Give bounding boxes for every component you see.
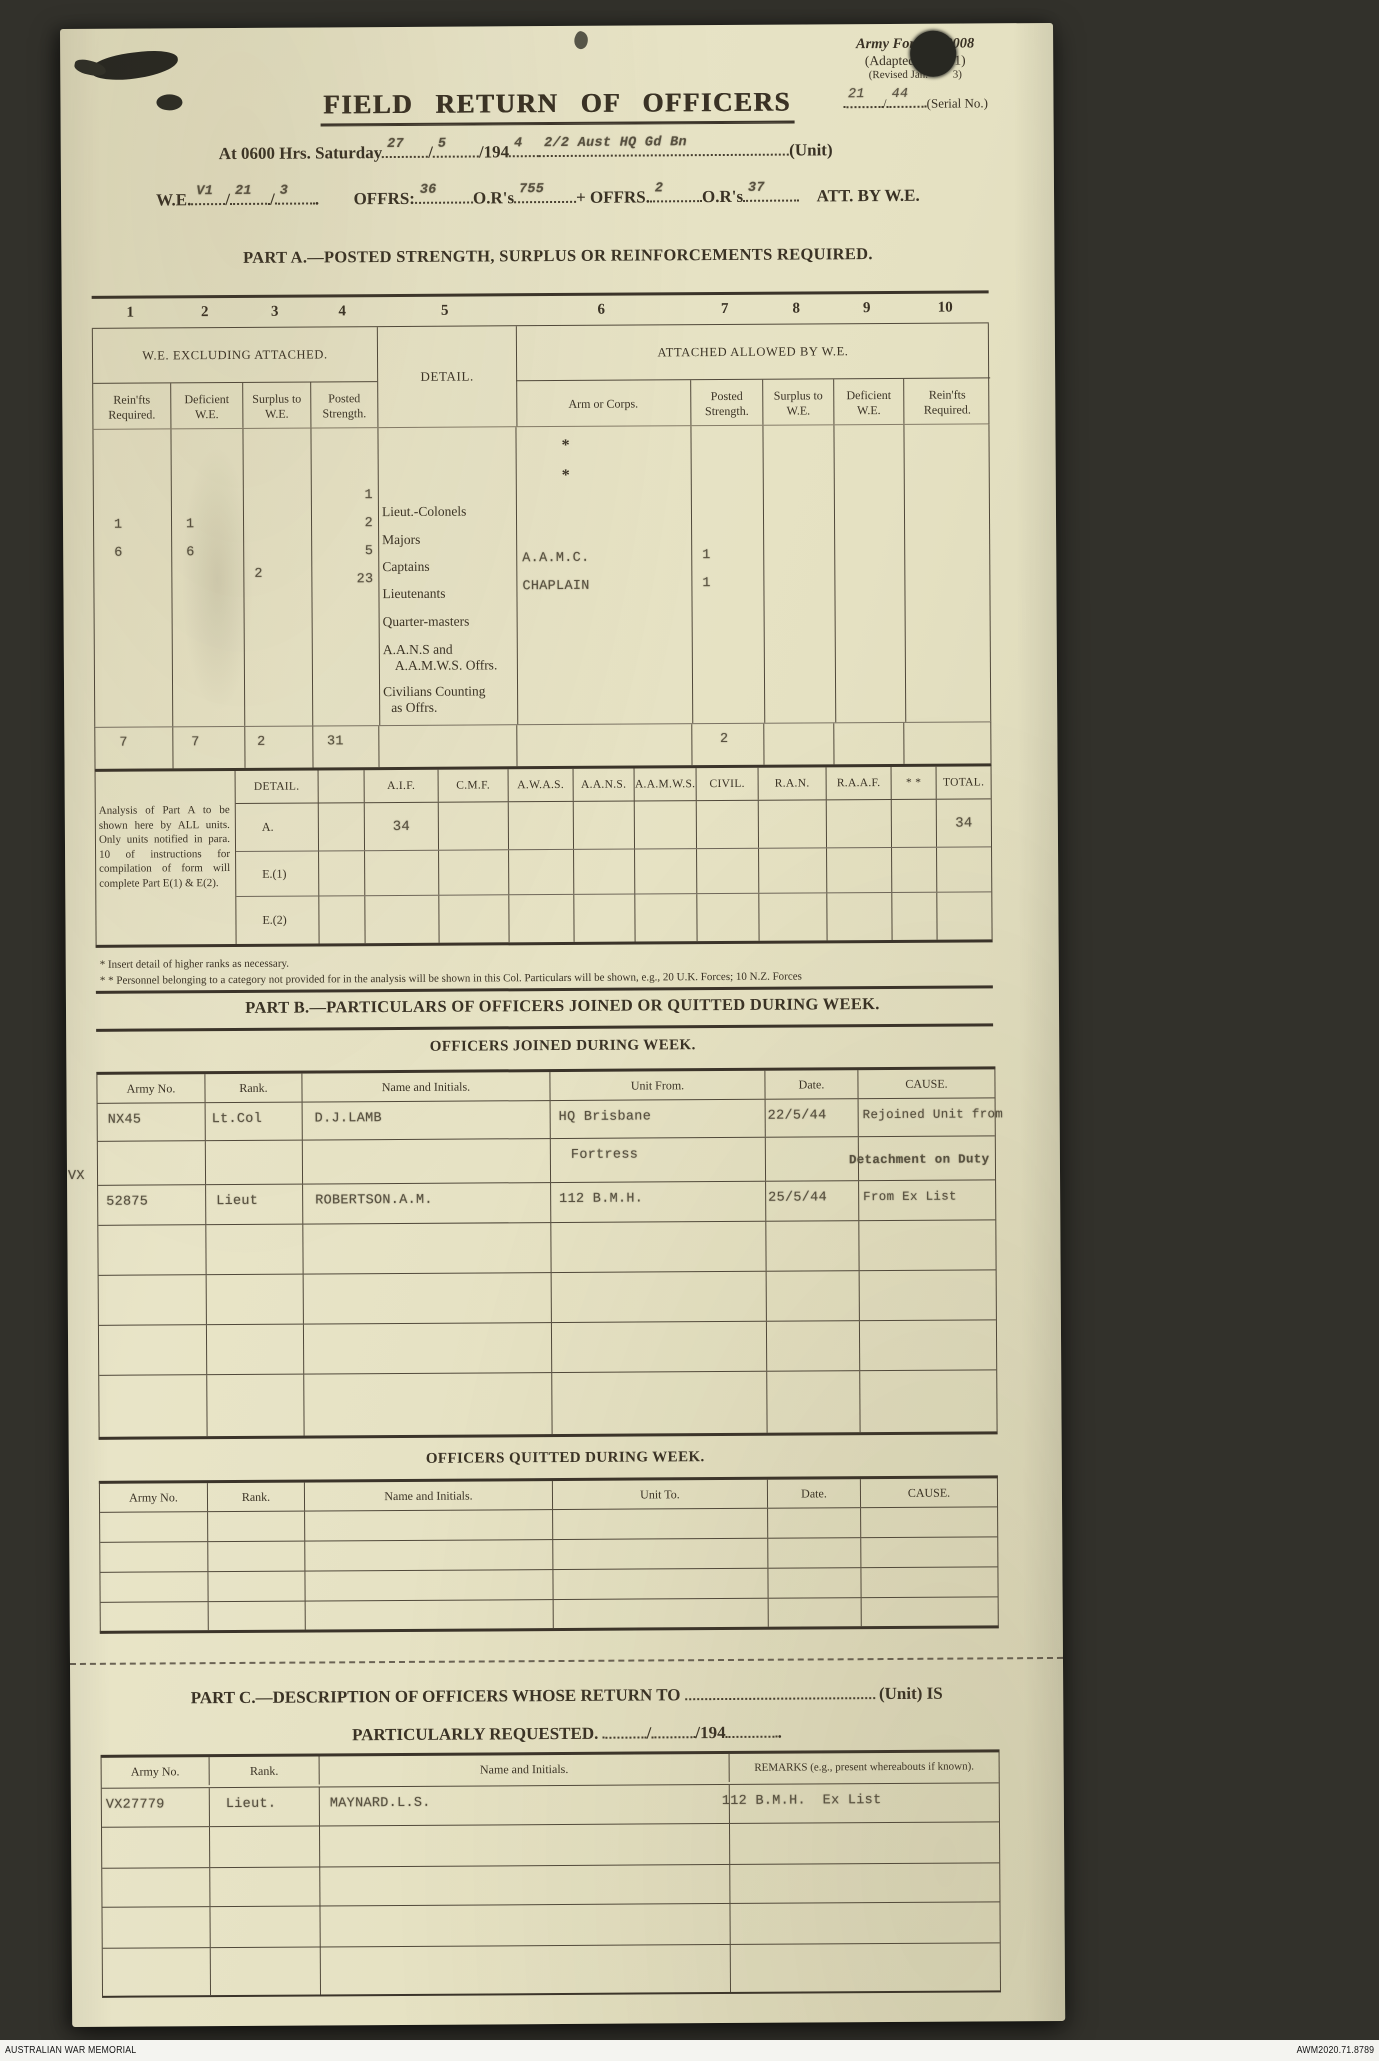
part-c-year-blank [725, 1721, 777, 1738]
part-c-empty-row [103, 1943, 1000, 1995]
detail-label-lieut-colonels: Lieut.-Colonels [382, 504, 466, 521]
analysis-col-header [318, 770, 364, 802]
typed-we-3: 3 [280, 184, 288, 199]
typed-we-2: 21 [235, 184, 252, 199]
analysis-col-header: TOTAL. [936, 766, 991, 798]
empty-cell [438, 802, 508, 849]
typed-reinfts-captains: 6 [114, 546, 122, 561]
joined-empty-row [98, 1220, 995, 1275]
empty-cell [102, 1907, 209, 1948]
we-blank-3: 3 [275, 187, 315, 204]
analysis-total-value: 34 [936, 799, 991, 846]
unit-blank: 2/2 Aust HQ Gd Bn [539, 139, 789, 158]
empty-cell [758, 893, 826, 940]
empty-cell [634, 849, 696, 893]
empty-cell [209, 1826, 319, 1867]
typed-army-no: VX27779 [106, 1797, 165, 1812]
date-year-print: /194 [479, 142, 509, 161]
empty-cell [101, 1602, 208, 1631]
joined-empty-row [99, 1370, 996, 1436]
analysis-col-header: C.M.F. [438, 769, 508, 801]
detail-label-civilians-2: as Offrs. [391, 700, 437, 716]
date-line: At 0600 Hrs. Saturday27/5/19442/2 Aust H… [219, 138, 833, 164]
col-header-unit-to: Unit To. [552, 1480, 767, 1509]
col-number: 6 [514, 295, 689, 325]
col-header-reinfts: Rein'fts Required. [93, 383, 170, 428]
col-header-surplus: Surplus to W.E. [242, 383, 310, 428]
typed-cause: From Ex List [863, 1190, 957, 1205]
typed-cause: Rejoined Unit from [863, 1107, 1004, 1122]
empty-cell [100, 1572, 207, 1602]
date-day-blank: 27 [382, 141, 428, 158]
typed-unit-from: HQ Brisbane [559, 1109, 652, 1125]
analysis-col-header: DETAIL. [236, 770, 318, 803]
col-number: 4 [309, 297, 376, 326]
empty-cell [730, 1943, 1000, 1992]
date-month-blank: 5 [433, 140, 479, 157]
typed-date: 22/5/44 [768, 1108, 827, 1123]
total-deficient: 7 [172, 727, 244, 768]
part-c-heading-line2: PARTICULARLY REQUESTED. //194. [70, 1719, 1063, 1747]
empty-cell [102, 1827, 209, 1868]
col-header-deficient: Deficient W.E. [833, 379, 903, 424]
typed-arm-chaplain: CHAPLAIN [522, 579, 589, 594]
typed-attached-posted-aamc: 1 [702, 548, 710, 563]
empty-cell [304, 1510, 552, 1541]
empty-cell [302, 1139, 550, 1184]
empty-cell [99, 1325, 206, 1375]
typed-we-1: V1 [196, 184, 213, 199]
analysis-col-header: A.I.F. [364, 770, 438, 802]
empty-cell [729, 1902, 999, 1944]
empty-cell [207, 1512, 304, 1542]
typed-name: ROBERTSON.A.M. [315, 1193, 433, 1209]
detail-label-civilians: Civilians Counting [383, 683, 485, 700]
analysis-row-label: E.(1) [236, 851, 318, 896]
officers-quitted-title: OFFICERS QUITTED DURING WEEK. [69, 1447, 1062, 1470]
empty-cell [100, 1512, 207, 1542]
we-blank-1: V1 [191, 188, 225, 205]
empty-cell [550, 1222, 765, 1272]
typed-date-year: 4 [514, 136, 522, 151]
col-number: 5 [376, 296, 514, 326]
archive-footer: AUSTRALIAN WAR MEMORIAL AWM2020.71.8789 [0, 2040, 1379, 2061]
empty-cell [696, 801, 758, 848]
detail-label-lieutenants: Lieutenants [382, 586, 445, 602]
att-label: ATT. BY W.E. [817, 186, 920, 206]
typed-posted-captains: 5 [339, 544, 373, 559]
empty-cell [303, 1323, 551, 1374]
typed-total-deficient: 7 [191, 735, 199, 750]
empty-cell [206, 1325, 303, 1375]
typed-date: 25/5/44 [768, 1190, 827, 1205]
empty-cell [209, 1906, 319, 1947]
empty-cell [99, 1275, 206, 1325]
detail-label-captains: Captains [382, 559, 429, 575]
typed-deficient-majors: 1 [186, 517, 194, 532]
col-number: 9 [832, 294, 902, 323]
typed-arm-aamc: A.A.M.C. [522, 551, 589, 566]
plus-offrs-blank: 2 [650, 185, 702, 202]
empty-cell [861, 1597, 998, 1626]
part-a-footnotes: * Insert detail of higher ranks as neces… [100, 953, 802, 989]
we-line: W.E.V1/21/3. OFFRS:36O.R's755+ OFFRS.2O.… [156, 184, 920, 211]
col-header-detail: DETAIL. [377, 326, 518, 427]
empty-cell [319, 1865, 729, 1906]
empty-cell [516, 724, 691, 766]
part-a-heading: PART A.—POSTED STRENGTH, SURPLUS OR REIN… [61, 243, 1054, 269]
empty-cell [903, 722, 990, 764]
empty-cell [98, 1141, 205, 1185]
empty-cell [553, 1599, 768, 1628]
empty-cell [552, 1509, 767, 1539]
empty-cell [758, 848, 826, 892]
empty-cell [936, 892, 991, 939]
particularly-requested-label: PARTICULARLY REQUESTED. [352, 1724, 598, 1745]
part-c-month-blank [651, 1721, 695, 1738]
we-blank-2: 21 [230, 188, 270, 205]
empty-cell [860, 1507, 997, 1537]
part-a-table: 1 2 3 4 5 6 7 8 9 10 W.E. EXCLUDING ATTA… [92, 290, 993, 947]
col-header-army-no: Army No. [100, 1483, 207, 1512]
col-header-deficient: Deficient W.E. [170, 383, 242, 428]
empty-cell [205, 1141, 302, 1185]
empty-cell [318, 803, 364, 850]
empty-cell [304, 1570, 552, 1601]
typed-name: D.J.LAMB [315, 1111, 382, 1126]
officers-quitted-table: Army No. Rank. Name and Initials. Unit T… [99, 1475, 999, 1633]
empty-cell [103, 1948, 210, 1996]
col-header-posted: Posted Strength. [310, 382, 377, 427]
empty-cell [319, 1824, 729, 1867]
empty-cell [551, 1372, 766, 1434]
offrs-blank: 36 [415, 187, 473, 204]
typed-ors2: 37 [748, 181, 765, 196]
empty-cell [696, 894, 758, 941]
empty-cell [891, 800, 936, 847]
col-header-date: Date. [767, 1479, 860, 1508]
col-number: 7 [689, 295, 761, 324]
empty-cell [206, 1375, 303, 1437]
detail-label-quartermasters: Quarter-masters [383, 614, 470, 631]
group-header-right: ATTACHED ALLOWED BY W.E. [516, 323, 990, 381]
analysis-row-a: A. 34 34 [236, 799, 991, 852]
column-number-row: 1 2 3 4 5 6 7 8 9 10 [92, 290, 989, 328]
empty-cell [859, 1320, 996, 1370]
empty-cell [860, 1567, 997, 1597]
typed-total-attached-posted: 2 [720, 732, 728, 747]
form-paper: Army Form W.3008 (Adapted) ( 1) (Revised… [60, 23, 1065, 2027]
we-dot: . [315, 189, 319, 208]
analysis-col-header: A.A.M.W.S. [634, 768, 696, 800]
joined-empty-row [99, 1320, 996, 1375]
typed-total-posted: 31 [327, 734, 344, 749]
typed-margin-note-vx: VX [68, 1169, 85, 1184]
total-reinfts: 7 [95, 727, 172, 768]
typed-army-no: 52875 [106, 1195, 148, 1210]
col-number: 10 [902, 293, 989, 323]
typed-date-day: 27 [387, 137, 404, 152]
col-number: 8 [761, 294, 832, 323]
date-year-blank: 4 [509, 140, 539, 157]
archive-footer-left: AUSTRALIAN WAR MEMORIAL [5, 2045, 136, 2056]
punch-hole [910, 31, 956, 77]
typed-unit-from: Fortress [571, 1148, 638, 1163]
col-number: 2 [169, 298, 241, 327]
part-c-heading: PART C.—DESCRIPTION OF OFFICERS WHOSE RE… [70, 1681, 1063, 1709]
empty-cell [508, 895, 573, 942]
total-attached-posted: 2 [691, 724, 763, 765]
empty-cell [552, 1539, 767, 1569]
part-c-empty-row [102, 1902, 999, 1948]
footnote-star: * [562, 437, 570, 455]
empty-cell [858, 1220, 995, 1270]
empty-cell [891, 848, 936, 892]
empty-cell [634, 801, 696, 848]
quitted-empty-row [101, 1597, 998, 1630]
typed-remarks: 112 B.M.H. Ex List [722, 1793, 882, 1809]
empty-cell [768, 1598, 861, 1627]
typed-rank: Lieut [216, 1194, 258, 1209]
group-header-left: W.E. EXCLUDING ATTACHED. [93, 327, 377, 384]
empty-cell [364, 896, 438, 943]
part-b-heading: PART B.—PARTICULARS OF OFFICERS JOINED O… [66, 993, 1059, 1019]
empty-cell [100, 1542, 207, 1572]
part-c-unit-blank [685, 1682, 875, 1700]
empty-cell [208, 1602, 305, 1631]
empty-cell [891, 893, 936, 940]
officers-joined-title: OFFICERS JOINED DURING WEEK. [66, 1035, 1059, 1058]
empty-cell [729, 1822, 999, 1864]
analysis-col-header: A.A.N.S. [573, 769, 634, 801]
empty-cell [304, 1540, 552, 1571]
joined-row-2: Fortress Detachment on Duty [98, 1136, 995, 1185]
empty-cell [303, 1373, 551, 1436]
total-surplus: 2 [244, 727, 312, 768]
col-header-cause: CAUSE. [860, 1478, 997, 1507]
part-a-totals-row: 7 7 2 31 2 [94, 721, 991, 771]
analysis-col-header: R.A.A.F. [826, 767, 891, 799]
empty-cell [767, 1538, 860, 1568]
joined-row-1: NX45 Lt.Col D.J.LAMB HQ Brisbane 22/5/44… [98, 1098, 995, 1141]
typed-total-surplus: 2 [257, 735, 265, 750]
total-posted: 31 [312, 726, 379, 767]
section-rule [96, 1023, 993, 1031]
offrs-label: OFFRS: [353, 189, 415, 208]
col-header-cause: CAUSE. [857, 1069, 994, 1098]
col-header-rank: Rank. [204, 1074, 301, 1103]
typed-surplus-lieutenants: 2 [254, 567, 262, 582]
col-header-name: Name and Initials. [301, 1072, 549, 1102]
empty-cell [551, 1272, 766, 1322]
typed-reinfts-majors: 1 [114, 518, 122, 533]
typed-rank: Lt.Col [212, 1112, 263, 1127]
footnote-star: * [562, 467, 570, 485]
typed-unit: 2/2 Aust HQ Gd Bn [544, 135, 687, 151]
empty-cell [209, 1867, 319, 1906]
empty-cell [729, 1863, 999, 1903]
empty-cell [767, 1508, 860, 1538]
empty-cell [765, 1137, 858, 1181]
empty-cell [573, 895, 634, 942]
we-label: W.E. [156, 190, 191, 209]
empty-cell [206, 1275, 303, 1325]
empty-cell [508, 850, 573, 894]
typed-rank: Lieut. [226, 1797, 277, 1812]
col-header-name: Name and Initials. [304, 1481, 552, 1511]
empty-cell [207, 1542, 304, 1572]
empty-cell [303, 1273, 551, 1324]
typed-plus-offrs: 2 [655, 181, 663, 196]
empty-cell [438, 895, 508, 942]
empty-cell [205, 1225, 302, 1275]
empty-cell [319, 1904, 729, 1947]
empty-cell [379, 725, 517, 767]
typed-analysis-aif: 34 [393, 818, 411, 834]
analysis-row-label: A. [236, 803, 318, 851]
typed-cause: Detachment on Duty [849, 1152, 990, 1167]
joined-empty-row [99, 1270, 996, 1325]
part-c-heading-prefix: PART C.—DESCRIPTION OF OFFICERS WHOSE RE… [191, 1685, 681, 1707]
empty-cell [634, 894, 696, 941]
officers-joined-table: Army No. Rank. Name and Initials. Unit F… [96, 1066, 997, 1439]
detail-label-aans: A.A.N.S and [383, 642, 453, 658]
typed-posted-ltcol: 1 [339, 488, 373, 503]
perforation-line [70, 1657, 1063, 1665]
col-header-reinfts: Rein'fts Required. [903, 378, 990, 424]
joined-row-3: 52875 Lieut ROBERTSON.A.M. 112 B.M.H. 25… [98, 1180, 995, 1225]
form-revised: (Revised Jan. 3) [793, 68, 1037, 81]
typed-analysis-total: 34 [955, 815, 973, 831]
form-title-block: FIELD RETURN OF OFFICERS [60, 85, 1053, 128]
typed-posted-majors: 2 [339, 516, 373, 531]
empty-cell [320, 1945, 730, 1995]
typed-ors: 755 [519, 182, 544, 197]
empty-cell [826, 848, 891, 892]
empty-cell [552, 1569, 767, 1599]
analysis-aif-value: 34 [364, 803, 438, 850]
empty-cell [758, 800, 826, 847]
empty-cell [859, 1270, 996, 1320]
part-c-day-blank [603, 1721, 647, 1738]
empty-cell [102, 1868, 209, 1907]
col-header-unit-from: Unit From. [549, 1071, 764, 1100]
col-number: 3 [241, 298, 309, 327]
analysis-note: Analysis of Part A to be shown here by A… [96, 771, 237, 945]
date-prefix: At 0600 Hrs. Saturday [219, 143, 383, 163]
empty-cell [318, 896, 364, 943]
empty-cell [763, 723, 834, 764]
empty-cell [767, 1568, 860, 1598]
empty-cell [508, 802, 573, 849]
typed-attached-posted-chaplain: 1 [702, 576, 710, 591]
col-header-army-no: Army No. [97, 1074, 204, 1103]
ors-label: O.R's [473, 188, 514, 207]
analysis-row-e2: E.(2) [236, 892, 991, 944]
empty-cell [207, 1572, 304, 1602]
col-header-rank: Rank. [207, 1483, 304, 1512]
analysis-header-row: DETAIL. A.I.F. C.M.F. A.W.A.S. A.A.N.S. … [236, 766, 991, 804]
empty-cell [318, 851, 364, 895]
typed-posted-lieutenants: 23 [339, 572, 373, 587]
unit-label: (Unit) [789, 140, 833, 159]
typed-date-month: 5 [438, 137, 446, 152]
part-c-heading-suffix: (Unit) IS [879, 1684, 943, 1703]
ors2-blank: 37 [743, 185, 799, 202]
col-header-date: Date. [764, 1070, 857, 1099]
col-header-arm-or-corps: Arm or Corps. [516, 380, 690, 426]
typed-army-no: NX45 [108, 1113, 142, 1128]
analysis-row-label: E.(2) [236, 896, 318, 944]
empty-cell [834, 723, 904, 764]
empty-cell [573, 850, 634, 894]
col-header-remarks: REMARKS (e.g., present whereabouts if kn… [729, 1752, 999, 1782]
col-header-rank: Rank. [209, 1756, 319, 1785]
archive-footer-right: AWM2020.71.8789 [1296, 2045, 1374, 2056]
analysis-col-header: CIVIL. [696, 768, 758, 800]
paper-tear-mark [571, 30, 591, 51]
detail-label-majors: Majors [382, 532, 420, 548]
typed-name: MAYNARD.L.S. [330, 1796, 431, 1812]
part-c-year-print: /194 [695, 1723, 725, 1742]
empty-cell [766, 1371, 859, 1433]
empty-cell [860, 1537, 997, 1567]
part-c-empty-row [102, 1822, 999, 1868]
empty-cell [551, 1322, 766, 1372]
typed-total-reinfts: 7 [119, 736, 127, 751]
analysis-row-e1: E.(1) [236, 847, 991, 897]
scan-background: Army Form W.3008 (Adapted) ( 1) (Revised… [0, 0, 1379, 2061]
empty-cell [302, 1223, 550, 1274]
analysis-col-header: R.A.N. [758, 767, 826, 799]
empty-cell [98, 1225, 205, 1275]
empty-cell [696, 849, 758, 893]
col-number: 1 [92, 298, 169, 327]
empty-cell [364, 851, 438, 895]
part-c-row-1: VX27779 Lieut. MAYNARD.L.S. 112 B.M.H. E… [102, 1783, 999, 1827]
typed-deficient-captains: 6 [186, 545, 194, 560]
empty-cell [766, 1271, 859, 1321]
footnote-2: * * Personnel belonging to a category no… [100, 969, 802, 989]
analysis-table: Analysis of Part A to be shown here by A… [95, 766, 993, 947]
col-header-surplus: Surplus to W.E. [762, 379, 833, 424]
empty-cell [99, 1375, 206, 1437]
ors2-label: O.R's [702, 187, 743, 206]
ors-blank: 755 [514, 186, 576, 203]
plus-offrs-label: + OFFRS. [576, 187, 650, 206]
empty-cell [765, 1221, 858, 1271]
part-c-empty-row [102, 1863, 999, 1907]
empty-cell [826, 893, 891, 940]
col-header-posted: Posted Strength. [690, 380, 762, 425]
title-underline [320, 121, 794, 127]
detail-label-aamws: A.A.M.W.S. Offrs. [395, 657, 497, 674]
part-a-body: * * Lieut.-Colonels Majors Captains Lieu… [92, 424, 991, 726]
analysis-col-header: A.W.A.S. [508, 769, 573, 801]
typed-offrs: 36 [420, 183, 437, 198]
empty-cell [305, 1600, 553, 1630]
page-title: FIELD RETURN OF OFFICERS [323, 87, 791, 120]
empty-cell [766, 1321, 859, 1371]
empty-cell [859, 1370, 996, 1432]
empty-cell [438, 850, 508, 894]
empty-cell [210, 1947, 320, 1995]
part-c-period: . [777, 1723, 781, 1742]
part-a-header: W.E. EXCLUDING ATTACHED. Rein'fts Requir… [92, 323, 990, 429]
empty-cell [573, 802, 634, 849]
col-header-name: Name and Initials. [319, 1754, 729, 1785]
empty-cell [936, 847, 991, 891]
